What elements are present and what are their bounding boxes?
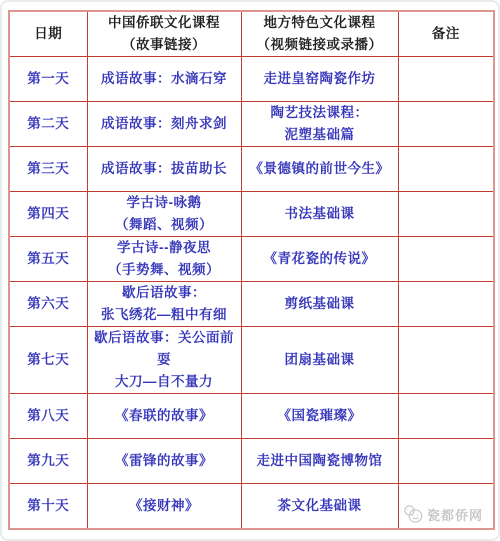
local-course-link[interactable]: 《国瓷璀璨》 bbox=[241, 394, 398, 439]
day-cell: 第一天 bbox=[9, 57, 87, 102]
local-course-link[interactable]: 《景德镇的前世今生》 bbox=[241, 147, 398, 192]
table-row: 第九天 《雷锋的故事》 走进中国陶瓷博物馆 bbox=[9, 439, 494, 484]
day-cell: 第十天 bbox=[9, 484, 87, 530]
local-course-link[interactable]: 书法基础课 bbox=[241, 192, 398, 237]
remark-cell bbox=[398, 282, 494, 327]
table-row: 第五天 学古诗--静夜思 （手势舞、视频） 《青花瓷的传说》 bbox=[9, 237, 494, 282]
table-row: 第六天 歇后语故事： 张飞绣花—粗中有细 剪纸基础课 bbox=[9, 282, 494, 327]
day-cell: 第八天 bbox=[9, 394, 87, 439]
table-row: 第八天 《春联的故事》 《国瓷璀璨》 bbox=[9, 394, 494, 439]
local-course-link[interactable]: 《青花瓷的传说》 bbox=[241, 237, 398, 282]
watermark-label: 瓷都侨网 bbox=[427, 505, 483, 524]
header-date: 日期 bbox=[9, 11, 87, 57]
header-remark: 备注 bbox=[398, 11, 494, 57]
remark-cell bbox=[398, 57, 494, 102]
header-local-course: 地方特色文化课程 （视频链接或录播） bbox=[241, 11, 398, 57]
schedule-image: 日期 中国侨联文化课程 （故事链接） 地方特色文化课程 （视频链接或录播） 备注… bbox=[0, 0, 500, 541]
day-cell: 第六天 bbox=[9, 282, 87, 327]
course-schedule-table: 日期 中国侨联文化课程 （故事链接） 地方特色文化课程 （视频链接或录播） 备注… bbox=[8, 10, 495, 530]
china-course-link[interactable]: 歇后语故事：关公面前耍 大刀—自不量力 bbox=[87, 327, 241, 394]
table-row: 第一天 成语故事：水滴石穿 走进皇窑陶瓷作坊 bbox=[9, 57, 494, 102]
china-course-link[interactable]: 成语故事：刻舟求剑 bbox=[87, 102, 241, 147]
china-course-link[interactable]: 学古诗-咏鹅 （舞蹈、视频） bbox=[87, 192, 241, 237]
remark-cell bbox=[398, 102, 494, 147]
remark-cell bbox=[398, 192, 494, 237]
china-course-link[interactable]: 学古诗--静夜思 （手势舞、视频） bbox=[87, 237, 241, 282]
day-cell: 第七天 bbox=[9, 327, 87, 394]
header-row: 日期 中国侨联文化课程 （故事链接） 地方特色文化课程 （视频链接或录播） 备注 bbox=[9, 11, 494, 57]
table-row: 第七天 歇后语故事：关公面前耍 大刀—自不量力 团扇基础课 bbox=[9, 327, 494, 394]
remark-cell bbox=[398, 147, 494, 192]
table-row: 第二天 成语故事：刻舟求剑 陶艺技法课程： 泥塑基础篇 bbox=[9, 102, 494, 147]
remark-cell bbox=[398, 439, 494, 484]
china-course-link[interactable]: 《春联的故事》 bbox=[87, 394, 241, 439]
china-course-link[interactable]: 《雷锋的故事》 bbox=[87, 439, 241, 484]
day-cell: 第九天 bbox=[9, 439, 87, 484]
local-course-link[interactable]: 茶文化基础课 bbox=[241, 484, 398, 530]
day-cell: 第四天 bbox=[9, 192, 87, 237]
remark-cell bbox=[398, 394, 494, 439]
china-course-link[interactable]: 成语故事：水滴石穿 bbox=[87, 57, 241, 102]
local-course-link[interactable]: 团扇基础课 bbox=[241, 327, 398, 394]
table-row: 第四天 学古诗-咏鹅 （舞蹈、视频） 书法基础课 bbox=[9, 192, 494, 237]
local-course-link[interactable]: 走进皇窑陶瓷作坊 bbox=[241, 57, 398, 102]
remark-cell bbox=[398, 327, 494, 394]
china-course-link[interactable]: 成语故事：拔苗助长 bbox=[87, 147, 241, 192]
remark-cell bbox=[398, 237, 494, 282]
china-course-link[interactable]: 《接财神》 bbox=[87, 484, 241, 530]
wechat-logo-icon bbox=[402, 503, 424, 525]
table-row: 第三天 成语故事：拔苗助长 《景德镇的前世今生》 bbox=[9, 147, 494, 192]
china-course-link[interactable]: 歇后语故事： 张飞绣花—粗中有细 bbox=[87, 282, 241, 327]
day-cell: 第二天 bbox=[9, 102, 87, 147]
local-course-link[interactable]: 剪纸基础课 bbox=[241, 282, 398, 327]
header-china-course: 中国侨联文化课程 （故事链接） bbox=[87, 11, 241, 57]
day-cell: 第三天 bbox=[9, 147, 87, 192]
local-course-link[interactable]: 陶艺技法课程： 泥塑基础篇 bbox=[241, 102, 398, 147]
local-course-link[interactable]: 走进中国陶瓷博物馆 bbox=[241, 439, 398, 484]
watermark: 瓷都侨网 bbox=[402, 502, 492, 526]
day-cell: 第五天 bbox=[9, 237, 87, 282]
